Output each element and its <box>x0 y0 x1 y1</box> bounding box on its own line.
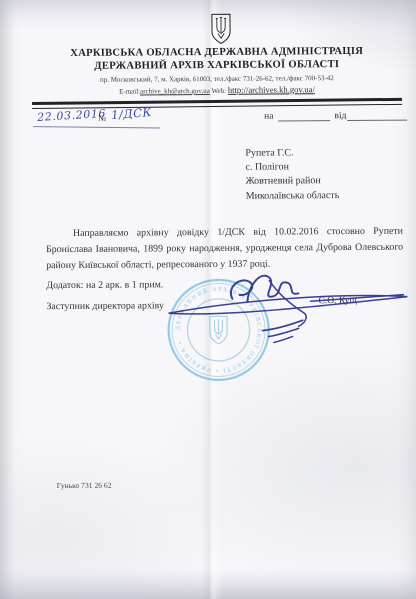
reference-underline <box>33 126 160 128</box>
email-label: E-mail: <box>119 87 140 95</box>
recipient-village: с. Полігон <box>245 160 339 175</box>
executor-contact: Гунько 731 26 62 <box>57 481 112 490</box>
stamp-trident-icon <box>210 316 227 344</box>
handwritten-date: 22.03.2016 <box>37 107 107 124</box>
web-url: http://archives.kh.gov.ua/ <box>228 84 315 95</box>
signer-name: С.О. Кущ <box>318 295 356 306</box>
recipient-name: Рупета Г.С. <box>245 146 339 161</box>
body-paragraph: Направляємо архівну довідку 1/ДСК від 10… <box>46 224 403 274</box>
web-label: Web: <box>211 87 226 95</box>
email-address: archive_kh@arch.gov.ua <box>140 87 210 95</box>
org-name-line1: ХАРКІВСЬКА ОБЛАСНА ДЕРЖАВНА АДМІНІСТРАЦІ… <box>39 46 395 59</box>
recipient-district: Жовтневий район <box>246 174 340 189</box>
reply-reference-fields: навід <box>264 110 407 122</box>
org-contacts: E-mail:archive_kh@arch.gov.ua Web: http:… <box>39 84 395 96</box>
org-address: пр. Московський, 7, м. Харків, 61003, те… <box>39 74 395 84</box>
vid-label: від <box>334 111 346 121</box>
recipient-block: Рупета Г.С. с. Полігон Жовтневий район М… <box>245 146 339 203</box>
ukraine-trident-icon <box>208 10 233 48</box>
na-label: на <box>264 112 273 122</box>
official-round-stamp: ДЕРЖАВНИЙ АРХІВ ХАРКІВСЬКОЇ ОБЛАСТІ • УК… <box>164 276 273 385</box>
recipient-region: Миколаївська область <box>246 189 340 204</box>
document-sheet: ХАРКІВСЬКА ОБЛАСНА ДЕРЖАВНА АДМІНІСТРАЦІ… <box>0 0 416 599</box>
handwritten-number: 1/ДСК <box>111 105 153 122</box>
number-sign: № <box>98 113 106 123</box>
vid-blank-field <box>347 110 407 121</box>
org-name-line2: ДЕРЖАВНИЙ АРХІВ ХАРКІВСЬКОЇ ОБЛАСТІ <box>39 59 395 72</box>
letterhead: ХАРКІВСЬКА ОБЛАСНА ДЕРЖАВНА АДМІНІСТРАЦІ… <box>38 0 394 1</box>
attachment-line: Додаток: на 2 арк. в 1 прим. <box>46 279 163 291</box>
na-blank-field <box>278 110 330 121</box>
scanned-letter: ХАРКІВСЬКА ОБЛАСНА ДЕРЖАВНА АДМІНІСТРАЦІ… <box>0 0 416 599</box>
signer-title: Заступник директора архіву <box>46 300 164 312</box>
